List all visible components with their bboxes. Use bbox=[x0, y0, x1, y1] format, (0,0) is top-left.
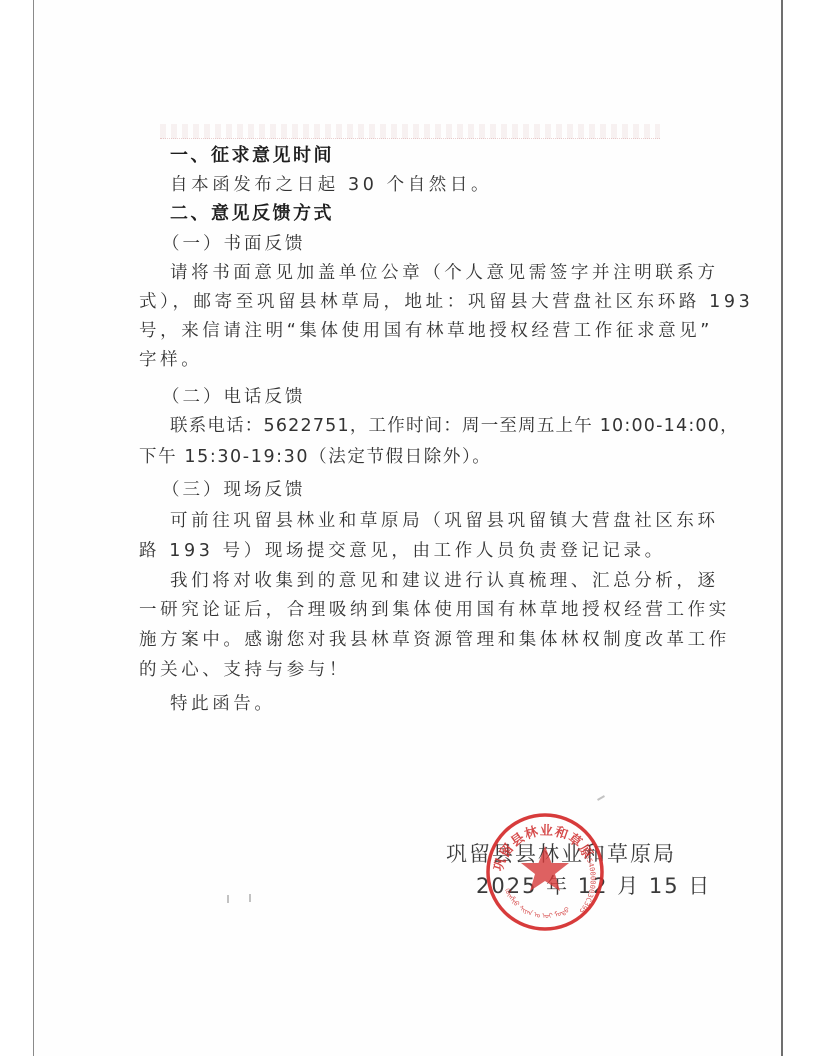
written-feedback-line: 号，来信请注明“集体使用国有林草地授权经营工作征求意见” bbox=[139, 320, 713, 342]
written-feedback-line: 式），邮寄至巩留县林草局，地址：巩留县大营盘社区东环路 193 bbox=[139, 291, 753, 313]
solicitation-period-text: 自本函发布之日起 30 个自然日。 bbox=[170, 174, 492, 196]
onsite-feedback-line: 路 193 号）现场提交意见，由工作人员负责登记记录。 bbox=[139, 540, 666, 562]
closing-paragraph-line: 一研究论证后，合理吸纳到集体使用国有林草地授权经营工作实 bbox=[139, 599, 730, 621]
phone-feedback-line: 联系电话：5622751，工作时间：周一至周五上午 10:00-14:00， bbox=[170, 415, 739, 437]
subsection-title-phone-feedback: （二）电话反馈 bbox=[162, 386, 306, 408]
scan-speck bbox=[227, 895, 229, 903]
sign-off: 特此函告。 bbox=[170, 693, 276, 715]
closing-paragraph-line: 的关心、支持与参与！ bbox=[139, 659, 350, 681]
written-feedback-line: 字样。 bbox=[139, 349, 202, 371]
subsection-title-written-feedback: （一）书面反馈 bbox=[162, 233, 306, 255]
section-heading-solicitation-period: 一、征求意见时间 bbox=[170, 145, 334, 167]
written-feedback-line: 请将书面意见加盖单位公章（个人意见需签字并注明联系方 bbox=[170, 262, 719, 284]
scan-speck bbox=[249, 894, 251, 902]
phone-feedback-line: 下午 15:30-19:30（法定节假日除外）。 bbox=[139, 446, 491, 468]
closing-paragraph-line: 我们将对收集到的意见和建议进行认真梳理、汇总分析，逐 bbox=[170, 570, 719, 592]
section-heading-feedback-methods: 二、意见反馈方式 bbox=[170, 203, 334, 225]
signature-date: 2025 年 12 月 15 日 bbox=[476, 873, 711, 899]
bleed-through-text bbox=[160, 124, 660, 139]
subsection-title-onsite-feedback: （三）现场反馈 bbox=[162, 479, 306, 501]
closing-paragraph-line: 施方案中。感谢您对我县林草资源管理和集体林权制度改革工作 bbox=[139, 629, 730, 651]
onsite-feedback-line: 可前往巩留县林业和草原局（巩留县巩留镇大营盘社区东环 bbox=[170, 510, 719, 532]
signature-organization: 巩留县县林业和草原局 bbox=[446, 841, 676, 867]
